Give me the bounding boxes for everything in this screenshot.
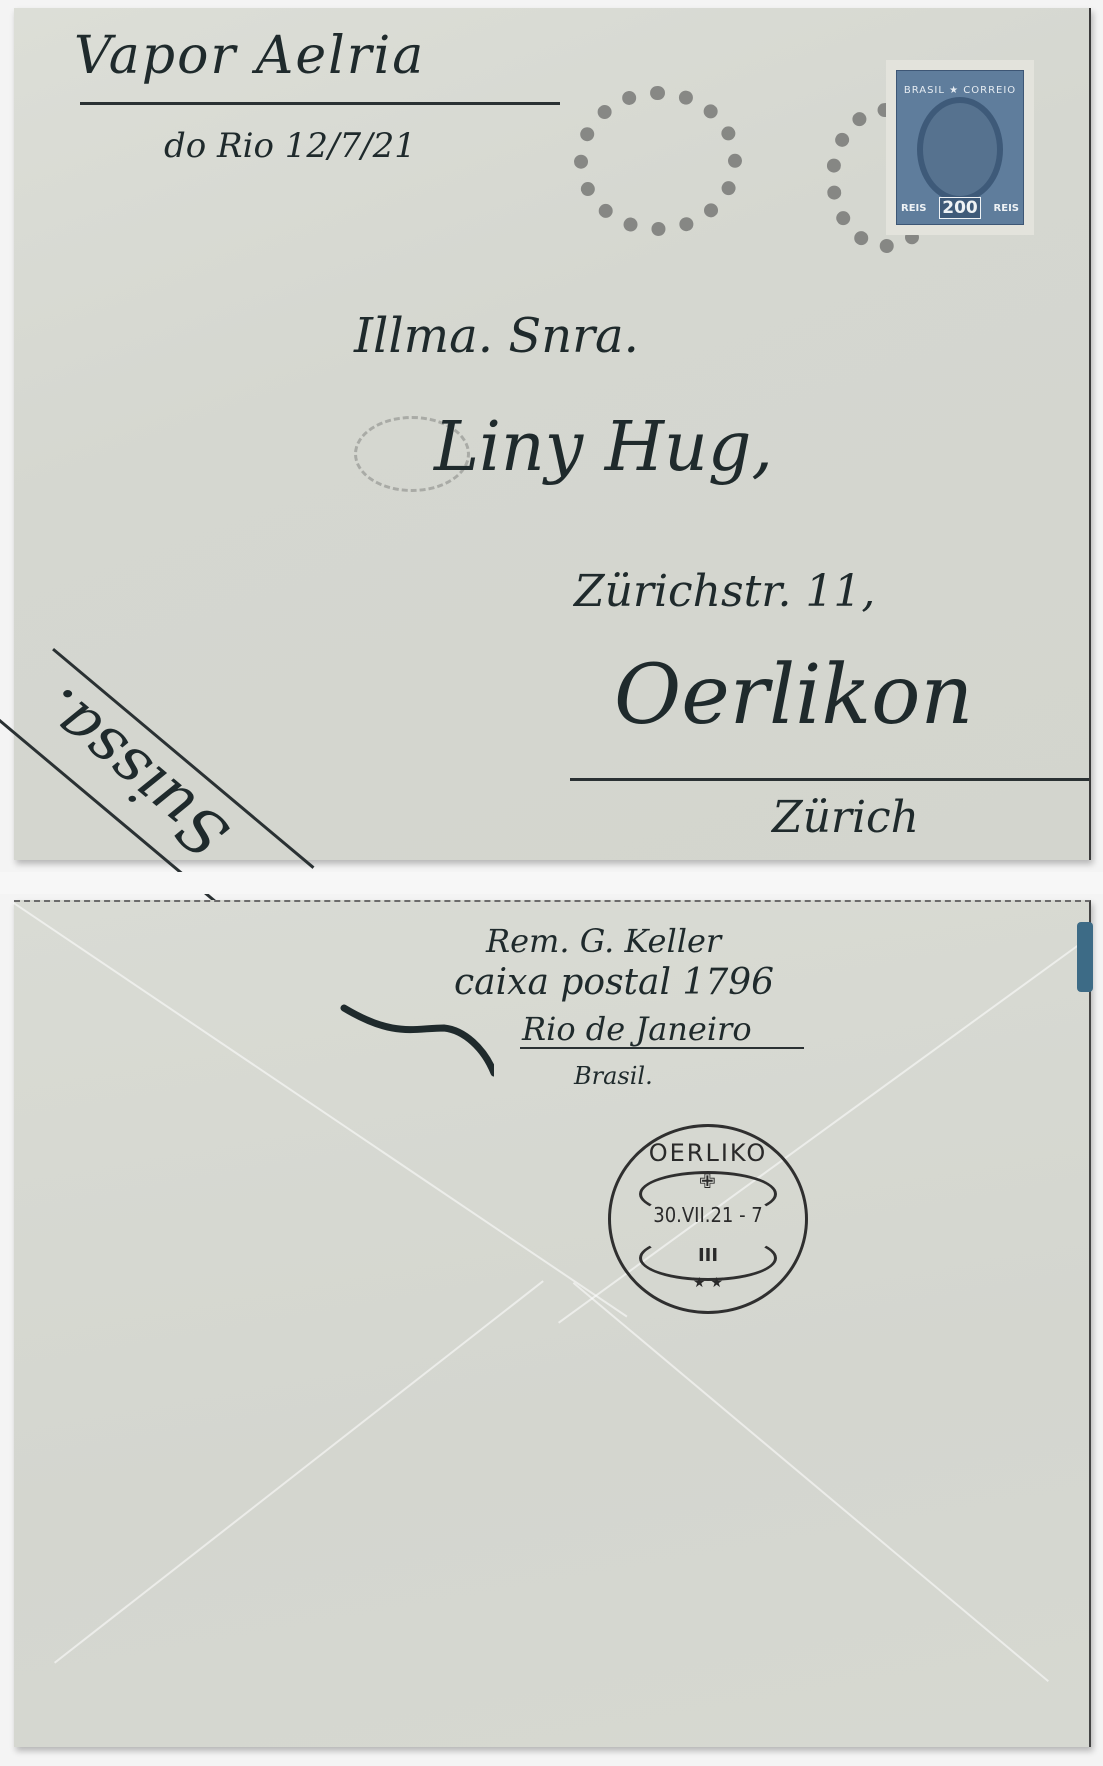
city-underline [570,778,1089,781]
recipient-street: Zürichstr. 11, [574,566,875,617]
oerlikon-postmark: OERLIKO ✙ 30.VII.21 - 7 III ★ ★ [608,1124,808,1314]
ink-flourish [334,998,494,1078]
recipient-city: Oerlikon [614,648,973,743]
postmark-date: 30.VII.21 - 7 [611,1203,805,1227]
sender-underline [520,1047,804,1049]
stamp-currency-left: REIS [901,203,926,214]
salutation: Illma. Snra. [354,308,639,364]
cancellation-postmark [574,86,742,236]
blue-seal-fragment [1077,922,1093,992]
destination-country: Suissa. [25,673,242,872]
envelope-back: Rem. G. Keller caixa postal 1796 Rio de … [14,900,1091,1747]
stamp-design: BRASIL ★ CORREIO REIS 200 REIS [896,70,1024,225]
liberty-head-icon [917,97,1003,202]
stamp-country: BRASIL ★ CORREIO [897,85,1023,96]
stamp-currency-right: REIS [994,203,1019,214]
sender-line-3: Rio de Janeiro [522,1010,752,1048]
sender-line-4: Brasil. [574,1062,653,1090]
stamp-value: 200 [939,197,981,219]
recipient-region: Zürich [772,792,919,843]
postmark-office-number: III [611,1245,805,1266]
star-icons: ★ ★ [611,1275,805,1291]
recipient-name: Liny Hug, [434,408,773,487]
ship-underline [80,102,560,105]
image-divider [0,872,1103,894]
envelope-front: Vapor Aelria do Rio 12/7/21 BRASIL ★ COR… [14,8,1091,860]
stamp-value-bar: REIS 200 REIS [901,198,1019,218]
ship-name: Vapor Aelria [74,26,425,86]
postmark-town: OERLIKO [611,1139,805,1167]
sender-line-2: caixa postal 1796 [454,962,774,1003]
sender-line-1: Rem. G. Keller [486,922,721,960]
bottom-flap-left [54,1280,544,1663]
postage-stamp: BRASIL ★ CORREIO REIS 200 REIS [886,60,1034,235]
bottom-flap-right [573,1282,1049,1682]
origin-date: do Rio 12/7/21 [164,126,416,166]
